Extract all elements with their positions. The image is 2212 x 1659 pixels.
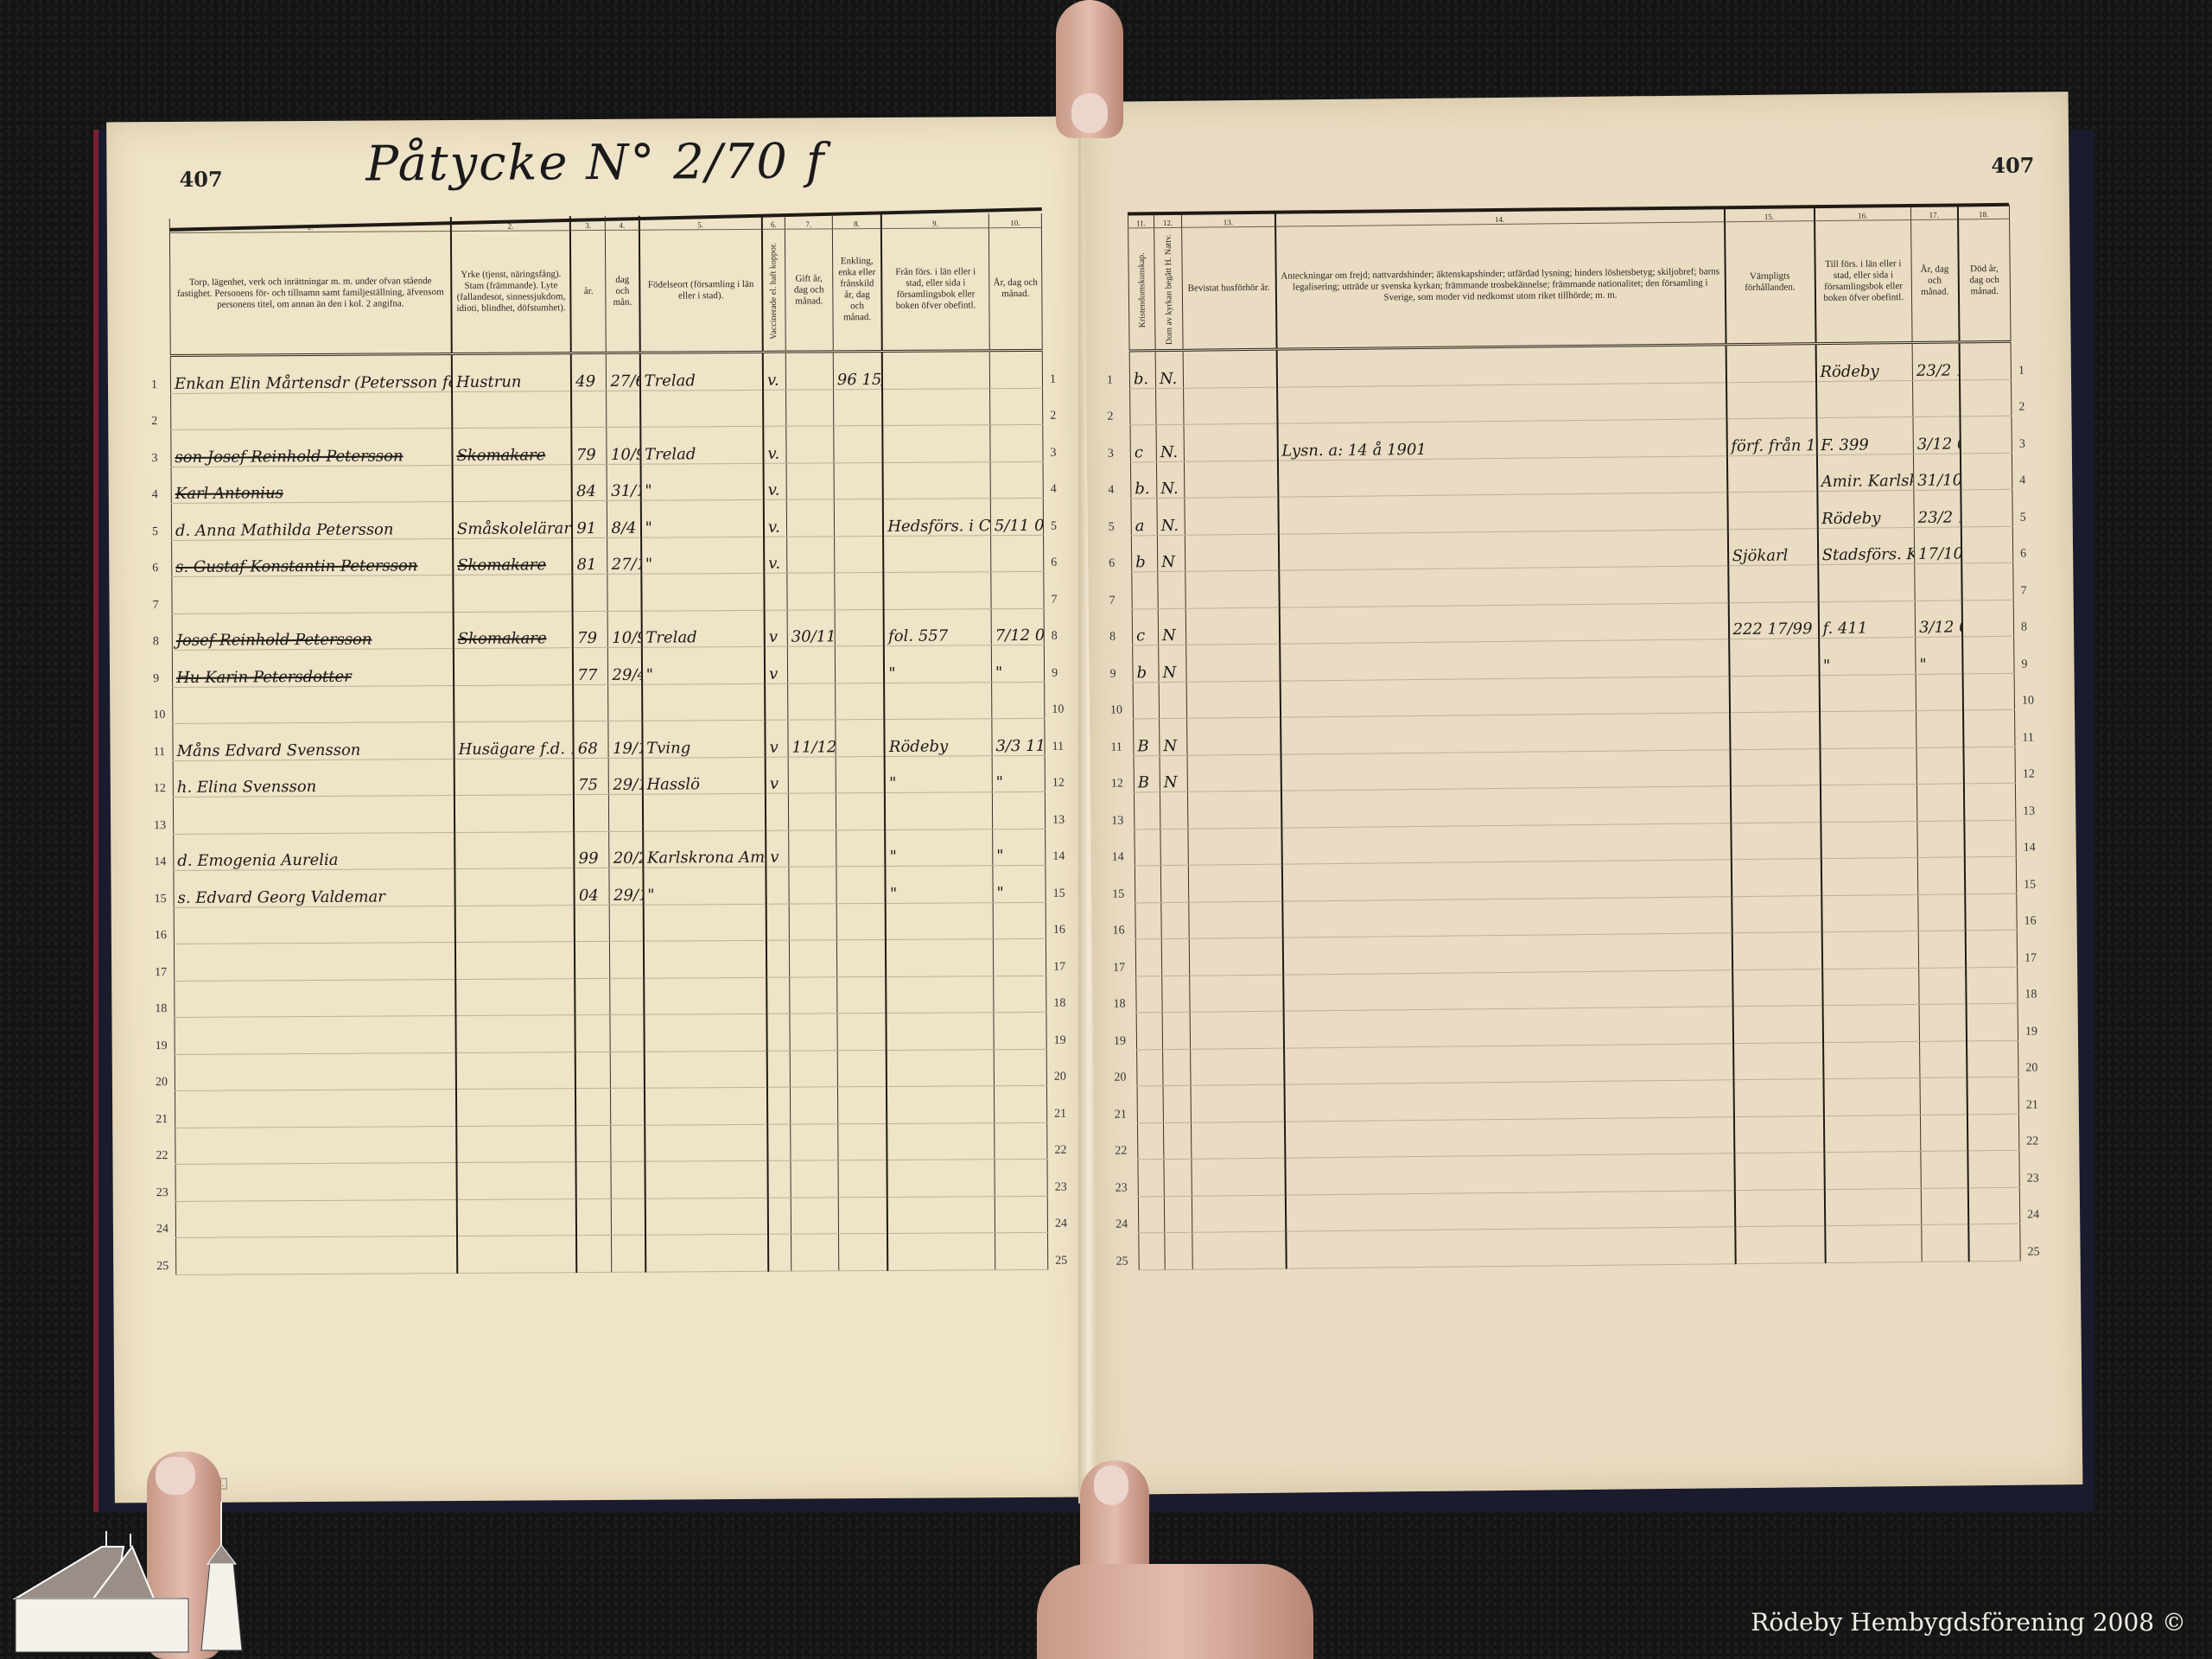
cell-c11 <box>1130 388 1156 425</box>
cell-birthplace: Trelad <box>640 426 764 463</box>
cell-year <box>575 941 610 978</box>
table-row <box>173 682 1045 724</box>
column-number: 17. <box>1910 205 1957 219</box>
cell-birthplace: Trelad <box>639 352 763 390</box>
cell-name <box>172 575 454 613</box>
cell-occupation <box>456 1125 576 1162</box>
cell-c13 <box>1191 1048 1284 1086</box>
row-number: 7 <box>1051 594 1057 607</box>
handwritten-title: Påtycke N° 2/70 f <box>365 133 825 192</box>
cell-c11 <box>1138 1196 1164 1233</box>
cell-widowed <box>833 389 882 426</box>
cell-c12 <box>1156 388 1184 425</box>
cell-c11: c <box>1132 608 1158 645</box>
cell-vacc <box>764 573 787 610</box>
cell-date <box>612 1198 645 1236</box>
cell-c15 <box>1729 639 1819 677</box>
cell-c15 <box>1731 822 1821 860</box>
cell-c18 <box>1967 1150 2019 1187</box>
cell-year <box>575 1088 611 1125</box>
column-number: 16. <box>1814 206 1910 221</box>
cell-c14 <box>1278 493 1727 534</box>
cell-from <box>887 1086 994 1123</box>
cell-vacc <box>766 904 790 941</box>
cell-widowed <box>838 1123 887 1160</box>
row-number: 2 <box>1107 410 1113 424</box>
cell-c14 <box>1277 455 1726 497</box>
cell-c13 <box>1192 1195 1285 1233</box>
cell-date: 29/4 <box>608 647 642 684</box>
row-number: 23 <box>1055 1181 1067 1195</box>
cell-c18 <box>1964 856 2016 893</box>
cell-date: 8/4 <box>607 500 641 537</box>
cell-c14: Lysn. a: 14 å 1901 <box>1277 419 1726 461</box>
cell-c11: B <box>1134 755 1160 792</box>
cell-occupation: Skomakare <box>453 537 573 575</box>
cell-widowed <box>837 976 887 1014</box>
row-number: 24 <box>1116 1218 1128 1232</box>
cell-c11 <box>1137 1086 1163 1123</box>
cell-married <box>789 940 836 977</box>
column-header: År, dag och månad. <box>1911 219 1959 343</box>
cell-c17 <box>1921 1151 1967 1188</box>
table-row: s. Gustaf Konstantin PeterssonSkomakare8… <box>172 535 1044 577</box>
column-header: Död år, dag och månad. <box>1958 219 2011 342</box>
cell-widowed <box>834 536 883 573</box>
row-number: 10 <box>2022 695 2034 709</box>
cell-c12: N. <box>1156 461 1184 499</box>
cell-from_date: " <box>993 865 1046 902</box>
row-number: 6 <box>1051 556 1057 570</box>
cell-occupation <box>455 1015 575 1052</box>
cell-c12 <box>1163 1085 1191 1122</box>
cell-birthplace <box>644 977 767 1014</box>
cell-birthplace: " <box>641 646 765 683</box>
row-number: 21 <box>2026 1099 2038 1113</box>
right-page: 407 11.12.13.14.15.16.17.18. Kristendoms… <box>1084 92 2083 1495</box>
cell-widowed <box>836 829 886 867</box>
cell-c15 <box>1730 748 1820 786</box>
cell-c14 <box>1280 639 1729 681</box>
column-number: 2. <box>451 216 570 231</box>
cell-c17: " <box>1916 637 1962 674</box>
row-number: 4 <box>152 488 158 502</box>
cell-c12: N. <box>1155 350 1183 388</box>
table-row <box>172 571 1044 613</box>
cell-widowed <box>836 866 886 903</box>
row-number: 14 <box>1112 851 1124 865</box>
cell-from <box>886 902 993 939</box>
cell-c16 <box>1820 747 1916 785</box>
cell-c14 <box>1284 1116 1733 1158</box>
cell-date: 19/1 <box>608 721 642 758</box>
cell-c15 <box>1726 454 1816 493</box>
cell-date <box>609 794 643 831</box>
cell-c17 <box>1913 379 1960 416</box>
cell-married <box>788 756 836 793</box>
column-header: Torp, lägenhet, verk och inrättningar m.… <box>169 232 451 356</box>
row-number: 1 <box>1107 374 1113 388</box>
cell-birthplace <box>644 1051 767 1088</box>
row-number: 19 <box>1054 1034 1066 1048</box>
cell-c15 <box>1726 344 1815 383</box>
copyright-watermark: Rödeby Hembygdsförening 2008 © <box>1751 1608 2186 1637</box>
cell-married: 11/12 97 <box>788 720 836 757</box>
cell-c14 <box>1281 749 1730 791</box>
cell-from_date <box>995 1122 1047 1160</box>
row-number: 24 <box>156 1223 168 1236</box>
cell-c18 <box>1963 747 2015 784</box>
cell-vacc <box>763 390 786 427</box>
row-number: 3 <box>1108 448 1114 461</box>
cell-from <box>882 351 989 389</box>
row-number: 19 <box>1114 1035 1126 1049</box>
cell-year: 91 <box>572 500 607 537</box>
cell-c13 <box>1184 387 1277 425</box>
row-number: 10 <box>1110 704 1122 718</box>
cell-date: 31/1 <box>607 464 641 501</box>
row-number: 16 <box>2024 915 2037 929</box>
church-and-bell-tower-icon <box>7 1495 257 1659</box>
cell-c11: c <box>1130 425 1156 462</box>
column-number: 18. <box>1957 205 2009 219</box>
cell-c12: N <box>1160 718 1187 755</box>
row-number: 20 <box>1114 1071 1126 1085</box>
cell-c16: " <box>1819 637 1916 675</box>
cell-c12 <box>1161 938 1189 976</box>
cell-from_date: 5/11 04 <box>990 498 1043 535</box>
cell-c18 <box>1961 489 2012 526</box>
cell-c14 <box>1281 713 1730 754</box>
cell-from: " <box>884 645 991 683</box>
row-number: 14 <box>2024 842 2036 855</box>
cell-c17: 17/10 02 <box>1914 526 1961 563</box>
column-number: 9. <box>881 213 988 228</box>
row-number: 25 <box>1055 1255 1067 1268</box>
cell-vacc <box>766 940 790 977</box>
column-number: 7. <box>785 214 832 229</box>
cell-from_date <box>992 791 1045 829</box>
cell-birthplace <box>641 573 765 610</box>
cell-c14 <box>1280 676 1729 717</box>
column-header: Kristendomskunskap. <box>1128 228 1155 351</box>
cell-c15 <box>1734 1189 1824 1227</box>
cell-married <box>791 1123 838 1160</box>
cell-name: Karl Antonius <box>171 465 453 503</box>
cell-c17 <box>1918 931 1965 968</box>
cell-vacc: v <box>766 757 789 794</box>
cell-birthplace <box>643 904 766 941</box>
row-number: 3 <box>1050 447 1056 461</box>
cell-c13 <box>1191 1122 1284 1160</box>
column-number: 1. <box>169 217 451 232</box>
cell-c17 <box>1920 1077 1967 1115</box>
cell-vacc: v <box>765 646 788 683</box>
left-ledger-table: 1.2.3.4.5.6.7.8.9.10. Torp, lägenhet, ve… <box>169 213 1048 1275</box>
table-row: h. Elina Svensson7529/1Hasslöv"" <box>173 755 1045 798</box>
cell-married <box>791 1160 838 1198</box>
row-number: 22 <box>1054 1144 1066 1158</box>
cell-c16: f. 411 <box>1818 601 1915 639</box>
row-number: 21 <box>156 1113 168 1127</box>
cell-c12 <box>1165 1232 1192 1269</box>
column-number: 13. <box>1181 213 1274 228</box>
column-header: Bevistat husförhör år. <box>1182 226 1276 350</box>
cell-c18 <box>1960 379 2012 416</box>
cell-widowed <box>836 939 886 976</box>
column-header-row: Torp, lägenhet, verk och inrättningar m.… <box>169 227 1042 355</box>
row-number: 24 <box>2027 1208 2039 1222</box>
row-number: 25 <box>1116 1255 1128 1269</box>
cell-c15 <box>1728 565 1818 603</box>
cell-c17: 23/2 11 <box>1914 490 1961 527</box>
cell-date: 27/1 <box>607 537 641 575</box>
row-number: 16 <box>1113 925 1125 938</box>
table-row: d. Emogenia Aurelia9920/2Karlskrona Amir… <box>174 829 1046 871</box>
cell-c16 <box>1822 1004 1919 1042</box>
cell-c18 <box>1960 453 2012 490</box>
cell-widowed <box>835 609 884 646</box>
cell-widowed <box>838 1197 887 1234</box>
cell-c14 <box>1284 1043 1733 1084</box>
table-row <box>173 791 1045 834</box>
cell-from: " <box>885 829 992 866</box>
cell-c14 <box>1283 1007 1732 1048</box>
cell-vacc <box>765 683 788 721</box>
cell-c16 <box>1821 894 1918 932</box>
cell-birthplace: " <box>641 537 765 574</box>
cell-c15 <box>1732 969 1822 1007</box>
cell-c13 <box>1192 1158 1285 1196</box>
row-number: 6 <box>2020 548 2026 562</box>
row-number: 8 <box>2021 621 2027 635</box>
cell-birthplace: Karlskrona Amiral. förs. <box>643 830 766 868</box>
cell-date <box>610 941 644 978</box>
cell-year <box>575 1014 611 1052</box>
column-header: år. <box>570 230 607 353</box>
cell-c14 <box>1283 969 1732 1011</box>
row-number: 23 <box>1116 1182 1128 1196</box>
row-number: 12 <box>1111 778 1123 791</box>
cell-from_date <box>995 1232 1047 1269</box>
cell-from: fol. 557 <box>884 608 991 645</box>
cell-c13 <box>1189 938 1282 976</box>
cell-year: 77 <box>573 647 608 684</box>
cell-from <box>887 1122 995 1160</box>
cell-vacc <box>767 1087 791 1124</box>
cell-c16 <box>1823 1115 1920 1153</box>
row-number: 17 <box>2024 952 2037 966</box>
cell-birthplace <box>645 1234 769 1271</box>
cell-name <box>175 1016 456 1054</box>
row-number: 9 <box>1052 667 1058 681</box>
table-row <box>175 1196 1047 1238</box>
row-number: 9 <box>1109 668 1116 682</box>
cell-from <box>887 1160 995 1197</box>
cell-c18 <box>1967 1114 2018 1151</box>
row-number: 18 <box>155 1002 167 1016</box>
cell-from <box>884 572 991 609</box>
row-number: 2 <box>151 415 157 429</box>
cell-c12: N <box>1157 535 1185 572</box>
row-number: 5 <box>1109 521 1115 535</box>
cell-occupation <box>454 795 575 832</box>
cell-c11 <box>1134 792 1160 829</box>
row-number: 17 <box>155 966 167 980</box>
row-number: 13 <box>2023 805 2035 819</box>
row-number: 7 <box>1109 594 1116 608</box>
cell-name: h. Elina Svensson <box>173 759 454 797</box>
cell-married <box>787 573 835 610</box>
row-number: 9 <box>153 672 159 686</box>
row-number: 2 <box>2018 401 2024 415</box>
row-number: 17 <box>1053 961 1065 975</box>
column-number: 10. <box>988 213 1041 228</box>
cell-occupation <box>452 391 572 428</box>
column-header-row: Kristendomskunskap.Dom av kyrkan begått … <box>1128 219 2011 351</box>
cell-birthplace <box>642 683 766 721</box>
cell-year: 68 <box>574 721 609 758</box>
right-ledger-table: 11.12.13.14.15.16.17.18. Kristendomskuns… <box>1128 205 2021 1270</box>
cell-date <box>610 978 644 1015</box>
cell-from_date <box>991 682 1044 719</box>
cell-c14 <box>1281 860 1731 901</box>
row-number: 1 <box>151 378 157 392</box>
cell-married <box>788 683 836 720</box>
row-number: 15 <box>2024 879 2036 893</box>
column-number: 5. <box>639 215 761 230</box>
cell-c12 <box>1164 1196 1192 1233</box>
cell-c18 <box>1959 341 2011 379</box>
column-header: Yrke (tjenst, näringsfång). Stam (främma… <box>451 231 571 354</box>
row-number: 23 <box>156 1186 168 1200</box>
cell-from <box>887 1196 995 1233</box>
column-header: Gift år, dag och månad. <box>785 229 833 352</box>
cell-vacc <box>767 1051 791 1088</box>
cell-c16 <box>1823 1041 1920 1079</box>
cell-date <box>612 1235 645 1272</box>
cell-from: " <box>886 866 993 903</box>
cell-c17 <box>1916 784 1963 821</box>
row-number: 5 <box>152 525 158 539</box>
cell-vacc: v <box>765 610 788 647</box>
cell-widowed <box>836 903 886 940</box>
column-number: 6. <box>762 215 785 230</box>
cell-year <box>571 391 607 428</box>
column-header: Födelseort (församling i län eller i sta… <box>639 229 763 353</box>
cell-date <box>611 1161 645 1198</box>
cell-married <box>787 536 835 573</box>
cell-c16: F. 399 <box>1816 416 1913 454</box>
cell-c18 <box>1963 709 2015 747</box>
cell-c15 <box>1730 712 1820 750</box>
cell-widowed <box>837 1050 887 1087</box>
column-header: Vaccinerade el. haft koppor. <box>762 229 785 352</box>
cell-c13 <box>1187 717 1281 755</box>
table-row: Hu Karin Petersdotter7729/4"v"" <box>172 645 1044 687</box>
cell-c17 <box>1921 1187 1967 1224</box>
cell-c15 <box>1733 1116 1823 1154</box>
cell-c13 <box>1188 828 1281 866</box>
row-number: 18 <box>1113 998 1125 1012</box>
cell-year: 75 <box>574 758 609 795</box>
cell-c16 <box>1821 821 1917 859</box>
table-row: s. Edvard Georg Valdemar0429/12""" <box>174 865 1046 907</box>
column-number: 8. <box>832 214 881 229</box>
cell-c15 <box>1732 1006 1822 1044</box>
cell-vacc <box>767 1124 791 1161</box>
row-number: 17 <box>1113 962 1125 976</box>
cell-name <box>173 685 454 723</box>
cell-year <box>576 1161 612 1198</box>
cell-date <box>607 391 640 428</box>
cell-c12 <box>1160 791 1187 829</box>
cell-c14 <box>1282 933 1732 975</box>
cell-c11 <box>1133 682 1159 719</box>
cell-married <box>790 976 837 1014</box>
cell-vacc: v. <box>763 352 786 390</box>
row-number: 14 <box>154 855 166 869</box>
row-number: 22 <box>1115 1145 1127 1159</box>
cell-widowed <box>837 1086 887 1123</box>
cell-year: 79 <box>573 611 608 648</box>
cell-c13 <box>1190 1011 1283 1049</box>
cell-from <box>884 682 991 719</box>
cell-c17 <box>1920 1040 1967 1077</box>
cell-name <box>175 1126 457 1164</box>
cell-c17 <box>1916 673 1962 710</box>
cell-occupation: Hustrun <box>452 353 572 391</box>
column-header: dag och mån. <box>606 230 640 353</box>
cell-c17 <box>1917 820 1964 857</box>
cell-c13 <box>1185 497 1278 535</box>
cell-c17: 3/12 05 <box>1915 600 1961 637</box>
cell-married <box>787 646 835 683</box>
cell-year <box>573 574 608 611</box>
cell-c14 <box>1281 786 1730 828</box>
cell-married <box>785 352 833 390</box>
cell-c17 <box>1917 857 1964 894</box>
table-row <box>175 976 1046 1018</box>
row-number: 4 <box>1108 484 1114 498</box>
cell-c11 <box>1138 1160 1164 1197</box>
cell-from <box>887 1049 994 1086</box>
row-number: 7 <box>153 599 159 613</box>
cell-c13 <box>1190 975 1283 1013</box>
cell-occupation <box>455 942 575 979</box>
cell-widowed <box>835 645 884 683</box>
cell-year <box>573 684 608 721</box>
row-number: 21 <box>1115 1109 1127 1122</box>
cell-from_date <box>994 1012 1046 1049</box>
cell-vacc <box>768 1198 791 1235</box>
cell-year <box>575 905 610 942</box>
cell-from_date <box>993 938 1046 976</box>
cell-year: 79 <box>572 427 607 464</box>
cell-occupation <box>455 905 575 942</box>
cell-name: s. Edvard Georg Valdemar <box>174 869 455 907</box>
cell-name: Hu Karin Petersdotter <box>172 649 454 687</box>
cell-c13 <box>1189 901 1282 939</box>
row-number: 18 <box>2024 988 2037 1002</box>
cell-from: Rödeby <box>885 719 992 756</box>
cell-from_date <box>990 535 1043 572</box>
cell-c11: b <box>1131 535 1157 572</box>
cell-name: Måns Edvard Svensson <box>173 722 454 760</box>
row-number: 16 <box>1053 924 1065 938</box>
cell-from_date: 3/3 11 <box>992 718 1045 755</box>
table-row: Josef Reinhold PeterssonSkomakare7910/9T… <box>172 608 1044 651</box>
